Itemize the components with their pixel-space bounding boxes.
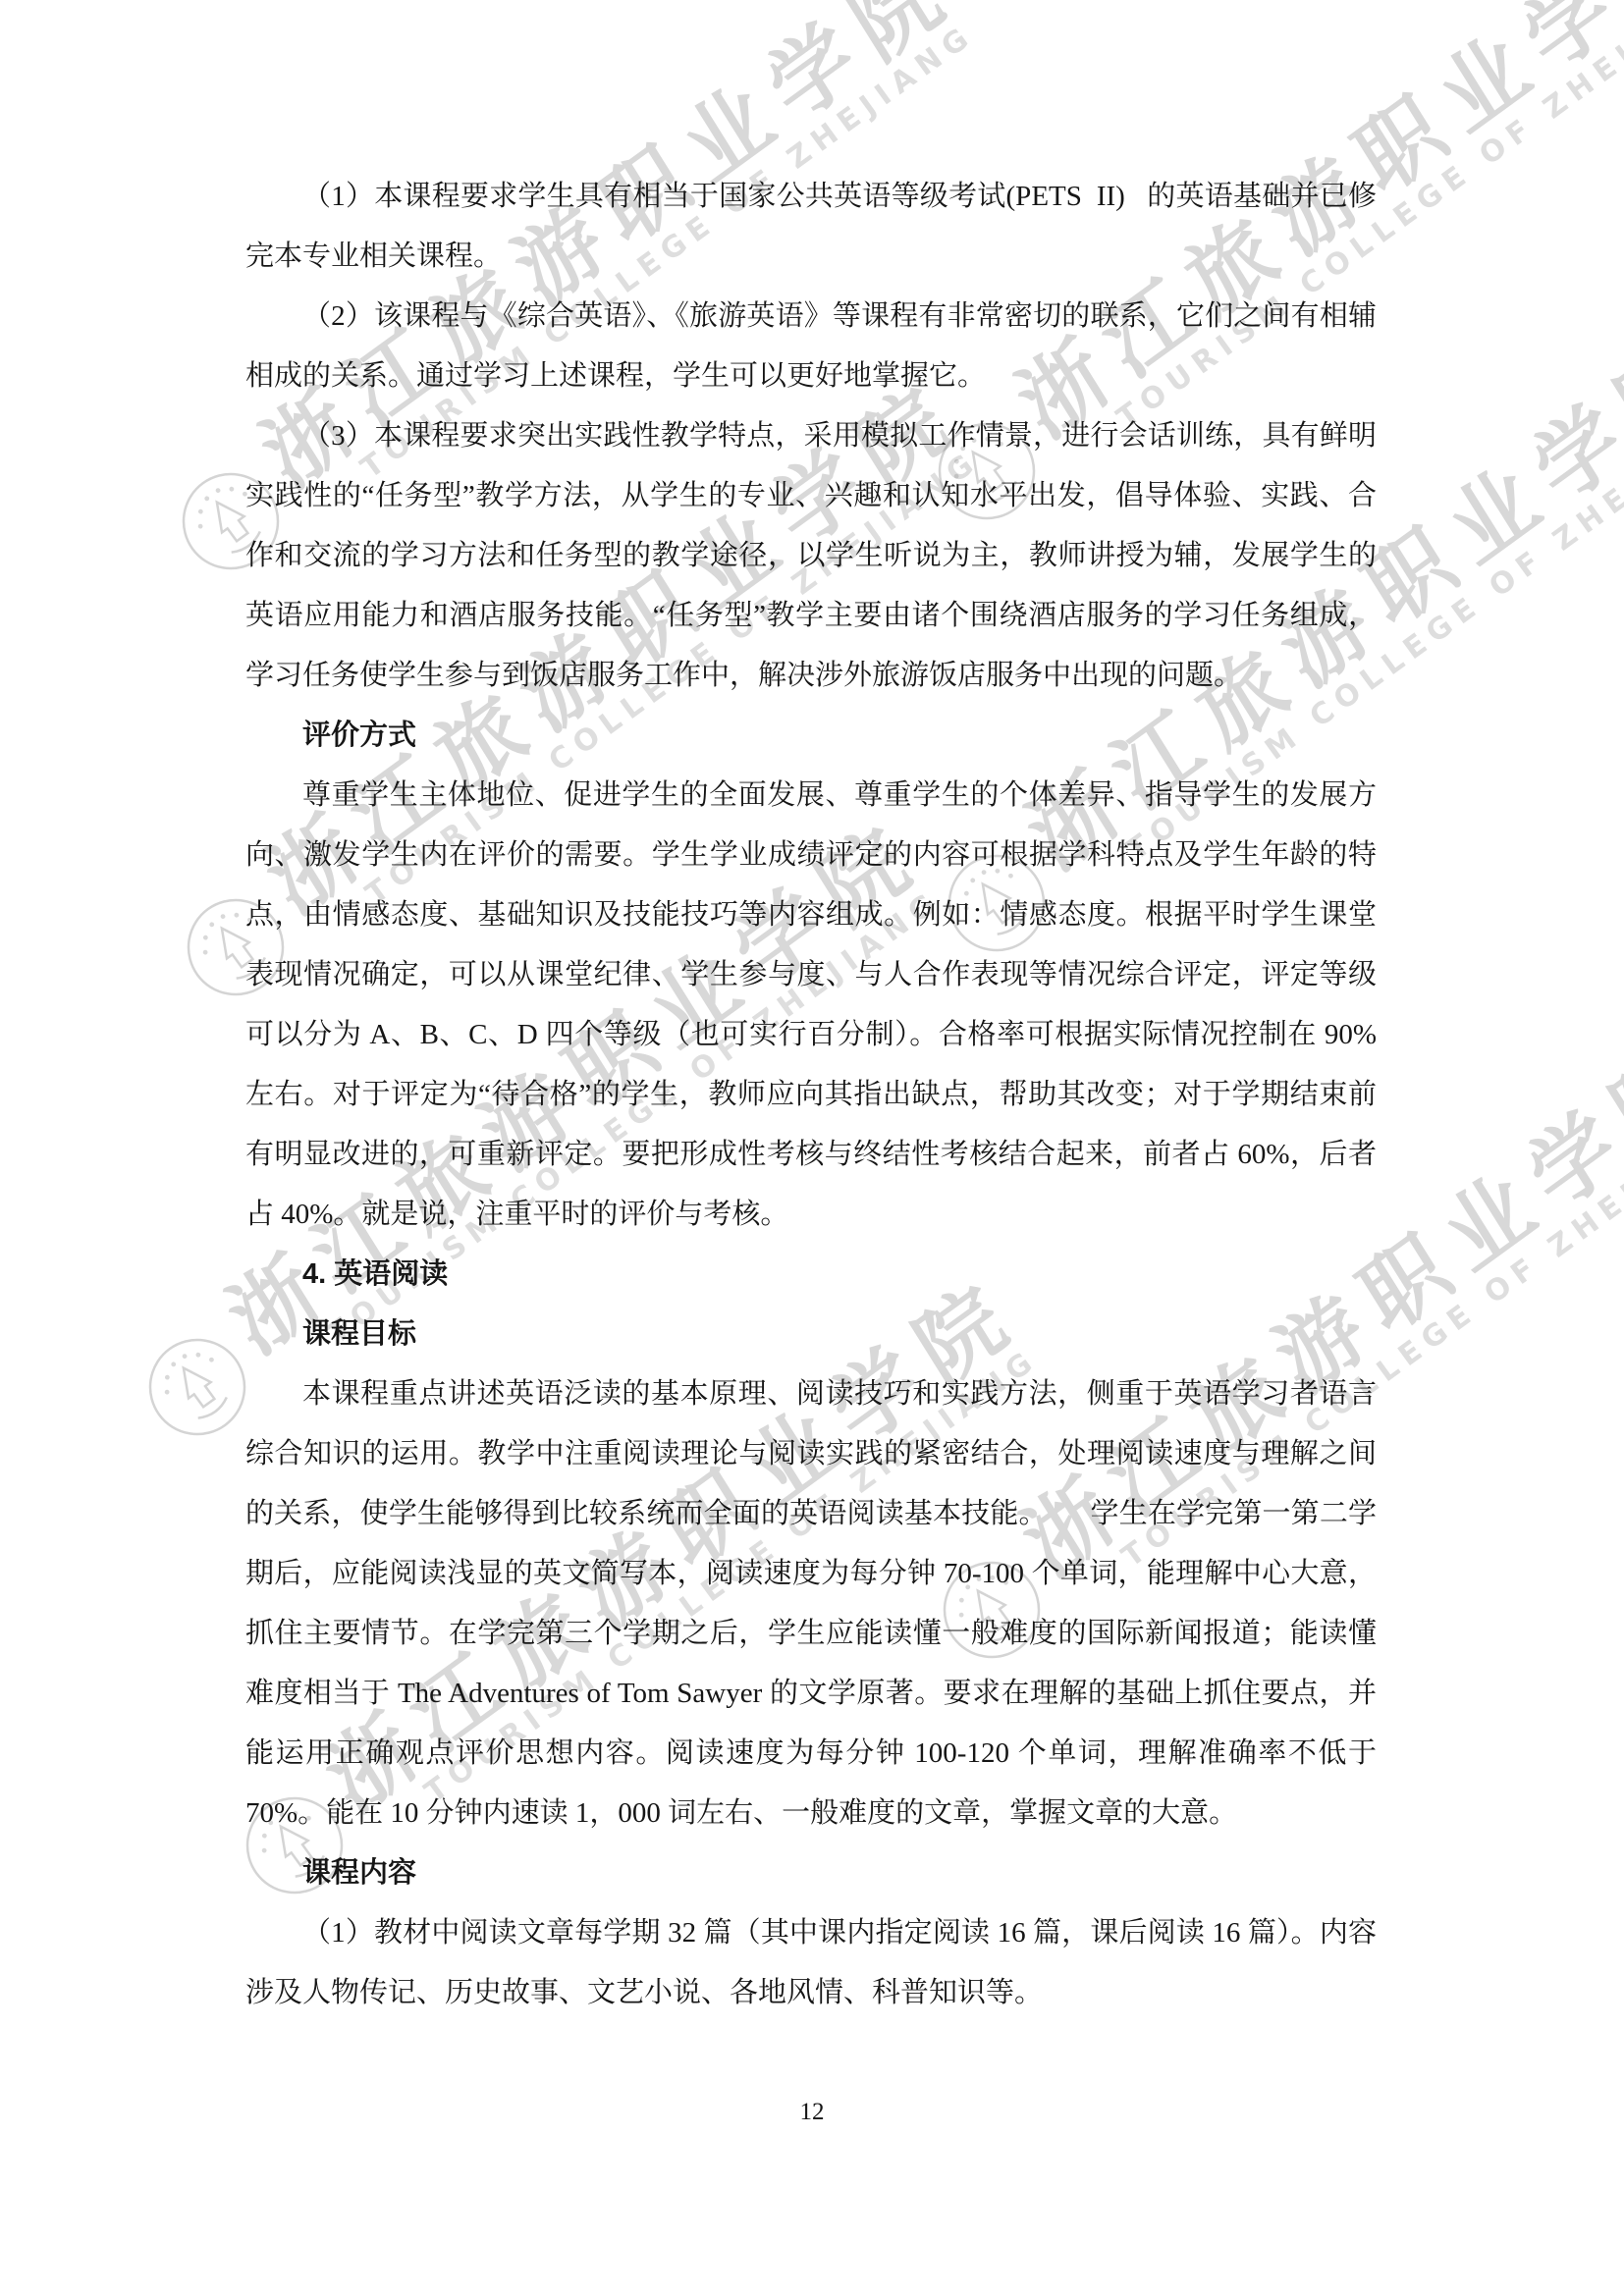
page-content: （1）本课程要求学生具有相当于国家公共英语等级考试(PETS II) 的英语基础… [245, 167, 1377, 2023]
page-number: 12 [0, 2099, 1624, 2126]
section-heading: 4. 英语阅读 [245, 1245, 1377, 1305]
section-heading: 课程内容 [245, 1843, 1377, 1903]
body-paragraph: （2）该课程与《综合英语》、《旅游英语》等课程有非常密切的联系，它们之间有相辅相… [245, 287, 1377, 406]
body-paragraph: 本课程重点讲述英语泛读的基本原理、阅读技巧和实践方法，侧重于英语学习者语言综合知… [245, 1364, 1377, 1843]
body-paragraph: （1）本课程要求学生具有相当于国家公共英语等级考试(PETS II) 的英语基础… [245, 167, 1377, 287]
section-heading: 课程目标 [245, 1305, 1377, 1364]
body-paragraph: （1）教材中阅读文章每学期 32 篇（其中课内指定阅读 16 篇，课后阅读 16… [245, 1903, 1377, 2023]
section-heading: 评价方式 [245, 706, 1377, 766]
body-paragraph: （3）本课程要求突出实践性教学特点，采用模拟工作情景，进行会话训练，具有鲜明实践… [245, 406, 1377, 706]
body-paragraph: 尊重学生主体地位、促进学生的全面发展、尊重学生的个体差异、指导学生的发展方向、激… [245, 766, 1377, 1245]
